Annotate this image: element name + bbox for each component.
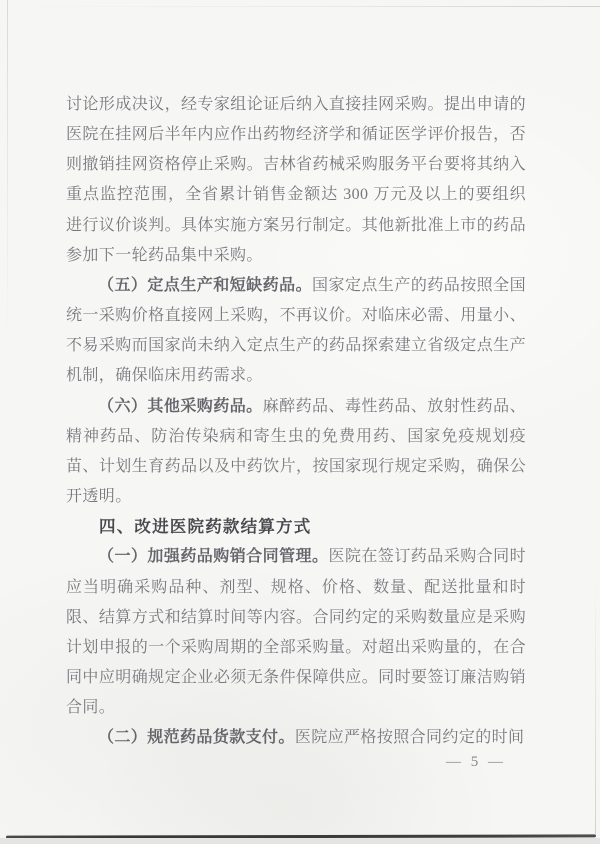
paragraph-item-6: （六）其他采购药品。麻醉药品、毒性药品、放射性药品、精神药品、防治传染病和寄生虫…	[66, 392, 526, 513]
scan-right-edge-artifact	[595, 574, 596, 834]
page-number: — 5 —	[446, 754, 506, 771]
paragraph-text: 医院在签订药品采购合同时应当明确采购品种、剂型、规格、价格、数量、配送批量和时限…	[66, 548, 526, 716]
paragraph-lead: （一）加强药品购销合同管理。	[98, 548, 328, 565]
paragraph-item-2: （二）规范药品货款支付。医院应严格按照合同约定的时间	[66, 723, 526, 753]
scanned-document-page: 讨论形成决议，经专家组论证后纳入直接挂网采购。提出申请的医院在挂网后半年内应作出…	[0, 0, 600, 844]
paragraph-lead: （二）规范药品货款支付。	[98, 729, 295, 746]
section-heading: 四、改进医院药款结算方式	[66, 512, 526, 542]
scan-left-edge-artifact	[7, 0, 8, 340]
paragraph-item-5: （五）定点生产和短缺药品。国家定点生产的药品按照全国统一采购价格直接网上采购，不…	[66, 271, 526, 392]
paragraph-lead: （五）定点生产和短缺药品。	[98, 277, 312, 294]
paragraph-lead: （六）其他采购药品。	[98, 398, 263, 415]
scan-top-edge-artifact	[0, 6, 600, 7]
paragraph-text: 医院应严格按照合同约定的时间	[295, 729, 525, 746]
paragraph-item-1: （一）加强药品购销合同管理。医院在签订药品采购合同时应当明确采购品种、剂型、规格…	[66, 542, 526, 723]
paragraph-continuation: 讨论形成决议，经专家组论证后纳入直接挂网采购。提出申请的医院在挂网后半年内应作出…	[66, 90, 526, 271]
scan-background-below-page	[0, 838, 600, 844]
paragraph-text: 讨论形成决议，经专家组论证后纳入直接挂网采购。提出申请的医院在挂网后半年内应作出…	[66, 96, 526, 264]
document-body: 讨论形成决议，经专家组论证后纳入直接挂网采购。提出申请的医院在挂网后半年内应作出…	[66, 90, 526, 753]
